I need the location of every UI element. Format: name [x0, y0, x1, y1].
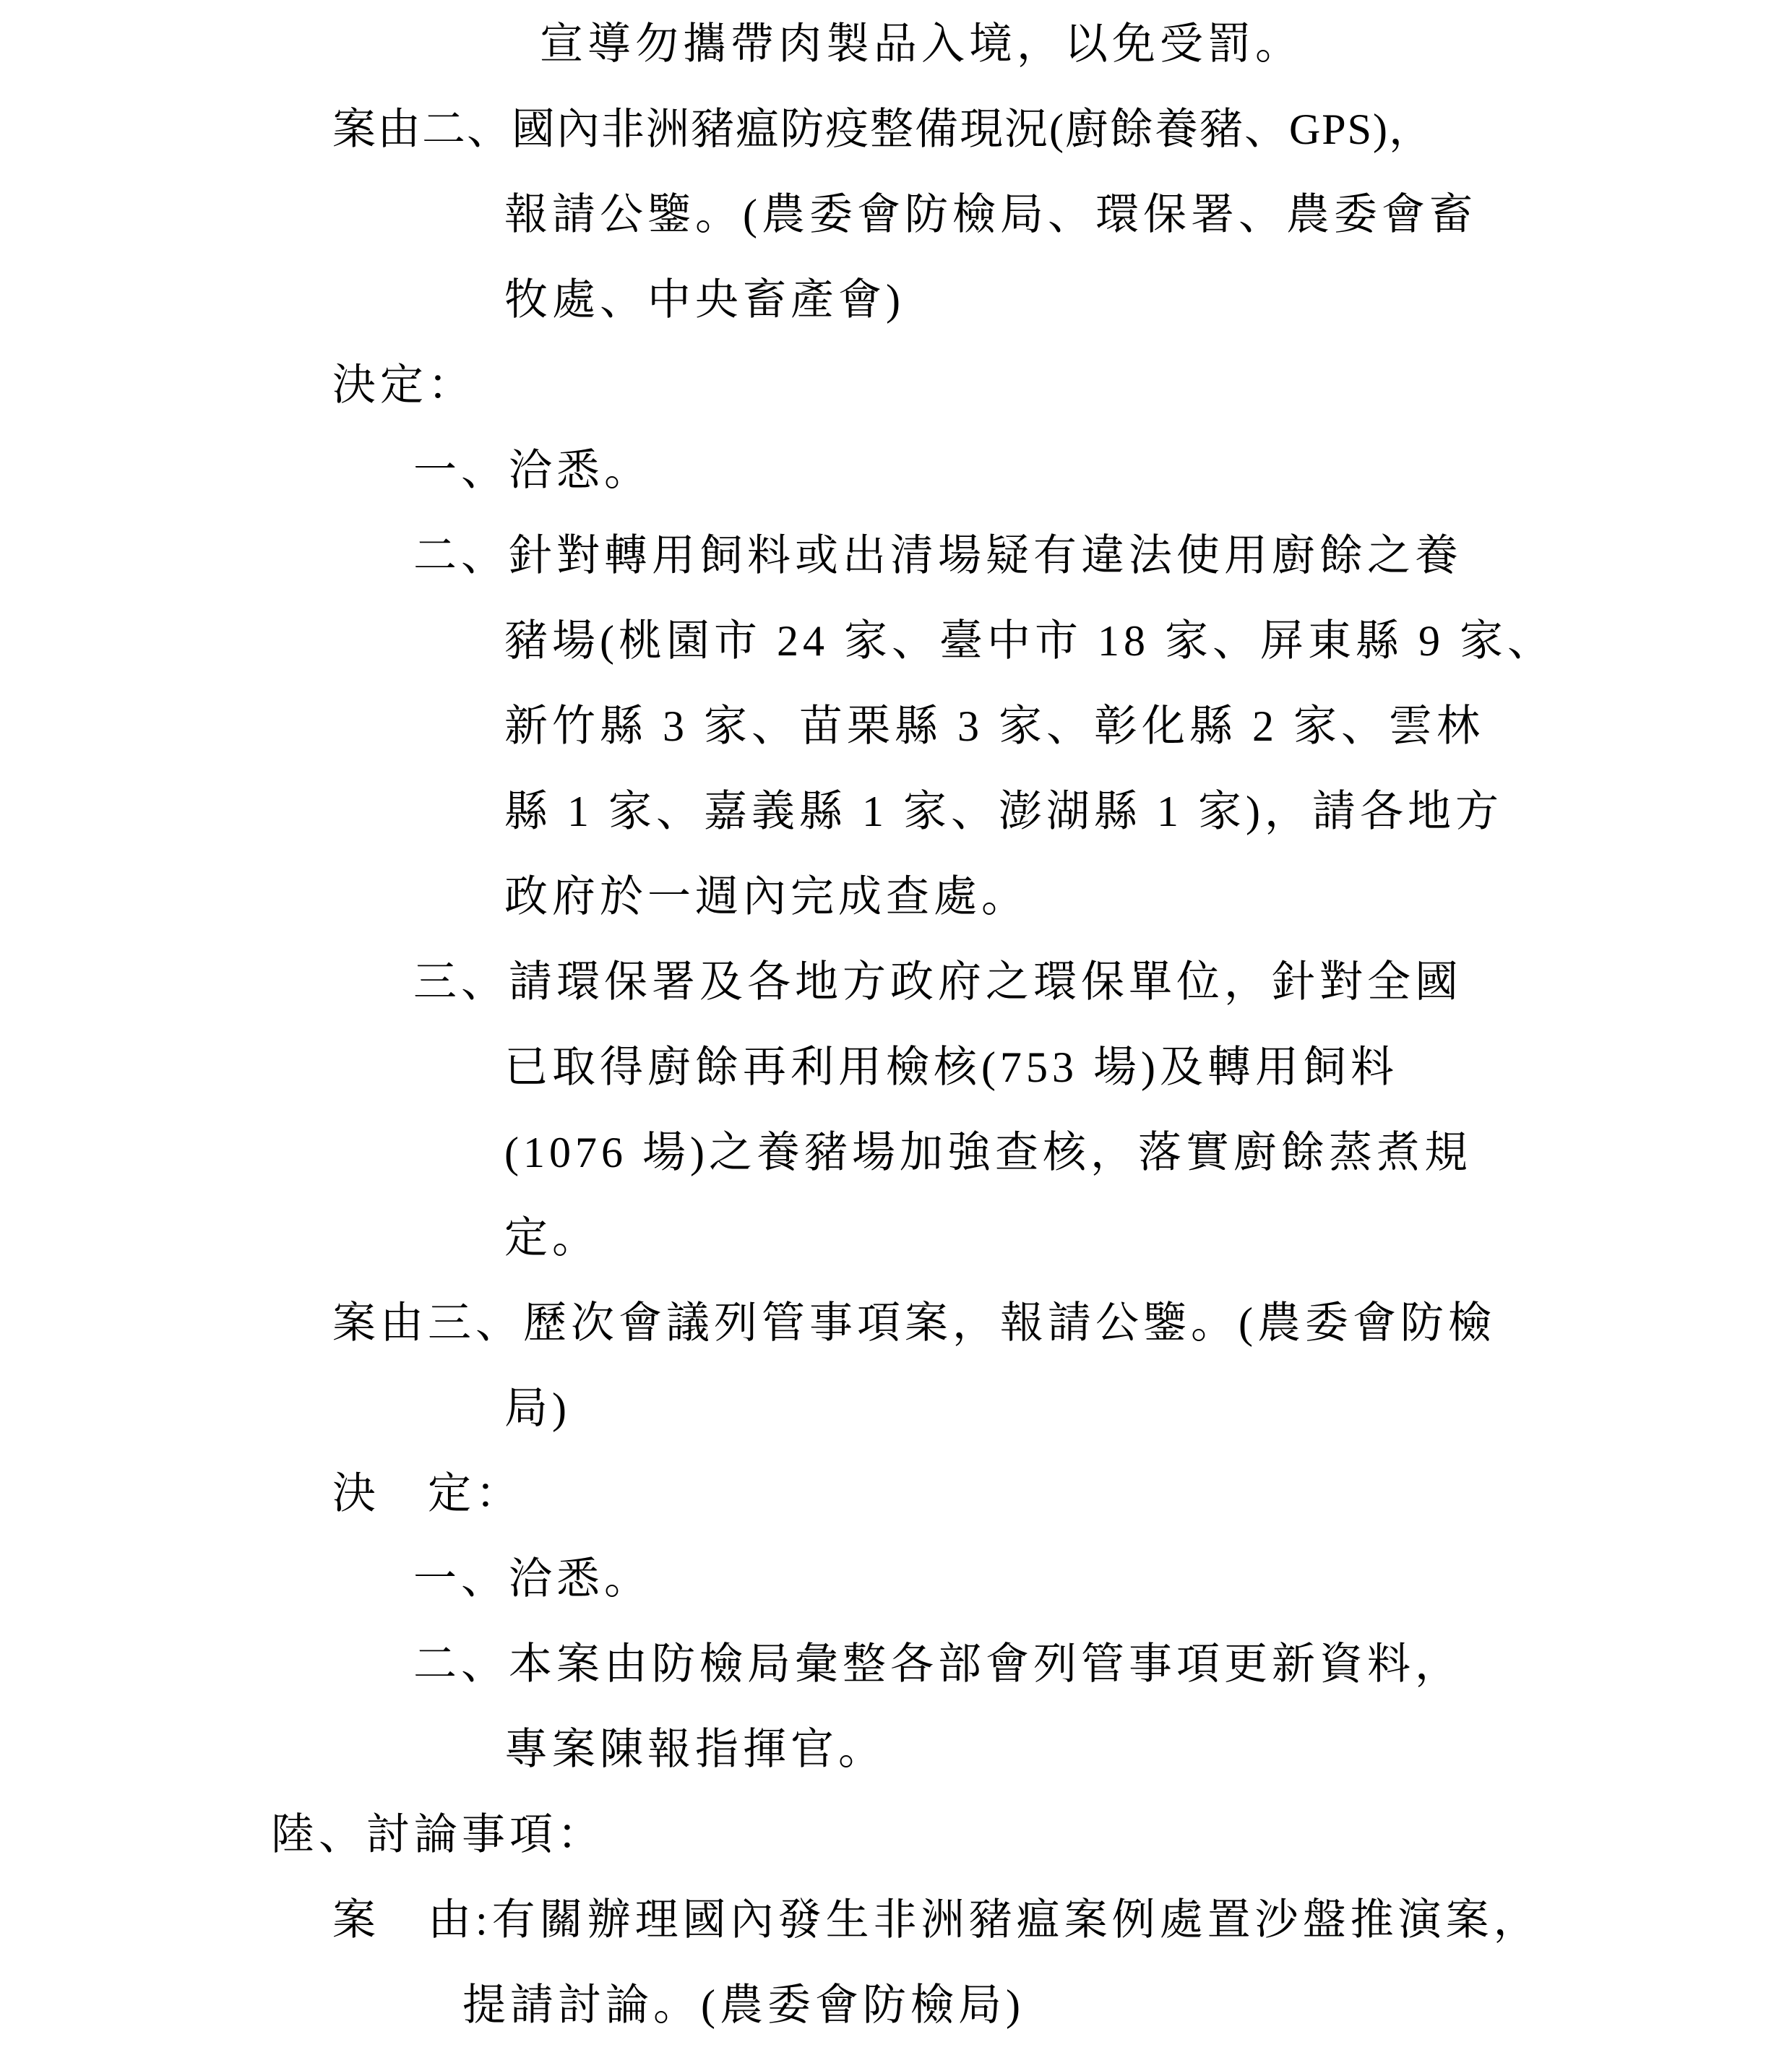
decision-item-1: 一、洽悉。 — [0, 428, 1792, 513]
doc-line-continuation: 新竹縣 3 家、苗栗縣 3 家、彰化縣 2 家、雲林 — [0, 684, 1792, 769]
doc-line-continuation: 政府於一週內完成查處。 — [0, 854, 1792, 939]
case-item-2: 案由二、國內非洲豬瘟防疫整備現況(廚餘養豬、GPS)， — [0, 87, 1792, 172]
doc-line-continuation: 定。 — [0, 1195, 1792, 1280]
doc-line-continuation: 專案陳報指揮官。 — [0, 1707, 1792, 1792]
doc-line-continuation: 局) — [0, 1366, 1792, 1451]
doc-line-continuation: 報請公鑒。(農委會防檢局、環保署、農委會畜 — [0, 172, 1792, 257]
decision-item-2: 二、針對轉用飼料或出清場疑有違法使用廚餘之養 — [0, 513, 1792, 598]
document-page: 宣導勿攜帶肉製品入境，以免受罰。 案由二、國內非洲豬瘟防疫整備現況(廚餘養豬、G… — [0, 0, 1792, 2050]
decision-label: 決 定： — [0, 1451, 1792, 1536]
doc-line-continuation: 提請討論。(農委會防檢局) — [0, 1963, 1792, 2048]
doc-line-continuation: (1076 場)之養豬場加強查核，落實廚餘蒸煮規 — [0, 1110, 1792, 1195]
case-subject: 案 由:有關辦理國內發生非洲豬瘟案例處置沙盤推演案， — [0, 1877, 1792, 1963]
doc-line-continuation: 已取得廚餘再利用檢核(753 場)及轉用飼料 — [0, 1025, 1792, 1110]
doc-line-continuation: 縣 1 家、嘉義縣 1 家、澎湖縣 1 家)，請各地方 — [0, 769, 1792, 854]
doc-line-continuation: 宣導勿攜帶肉製品入境，以免受罰。 — [0, 1, 1792, 87]
decision-label: 決定： — [0, 343, 1792, 428]
decision-item-3: 三、請環保署及各地方政府之環保單位，針對全國 — [0, 939, 1792, 1025]
decision-item-2: 二、本案由防檢局彙整各部會列管事項更新資料， — [0, 1622, 1792, 1707]
decision-item-1: 一、洽悉。 — [0, 1536, 1792, 1622]
section-heading-discussion: 陸、討論事項： — [0, 1792, 1792, 1877]
doc-line-continuation: 牧處、中央畜產會) — [0, 257, 1792, 343]
doc-line-continuation: 豬場(桃園市 24 家、臺中市 18 家、屏東縣 9 家、 — [0, 598, 1792, 684]
case-item-3: 案由三、歷次會議列管事項案，報請公鑒。(農委會防檢 — [0, 1280, 1792, 1366]
